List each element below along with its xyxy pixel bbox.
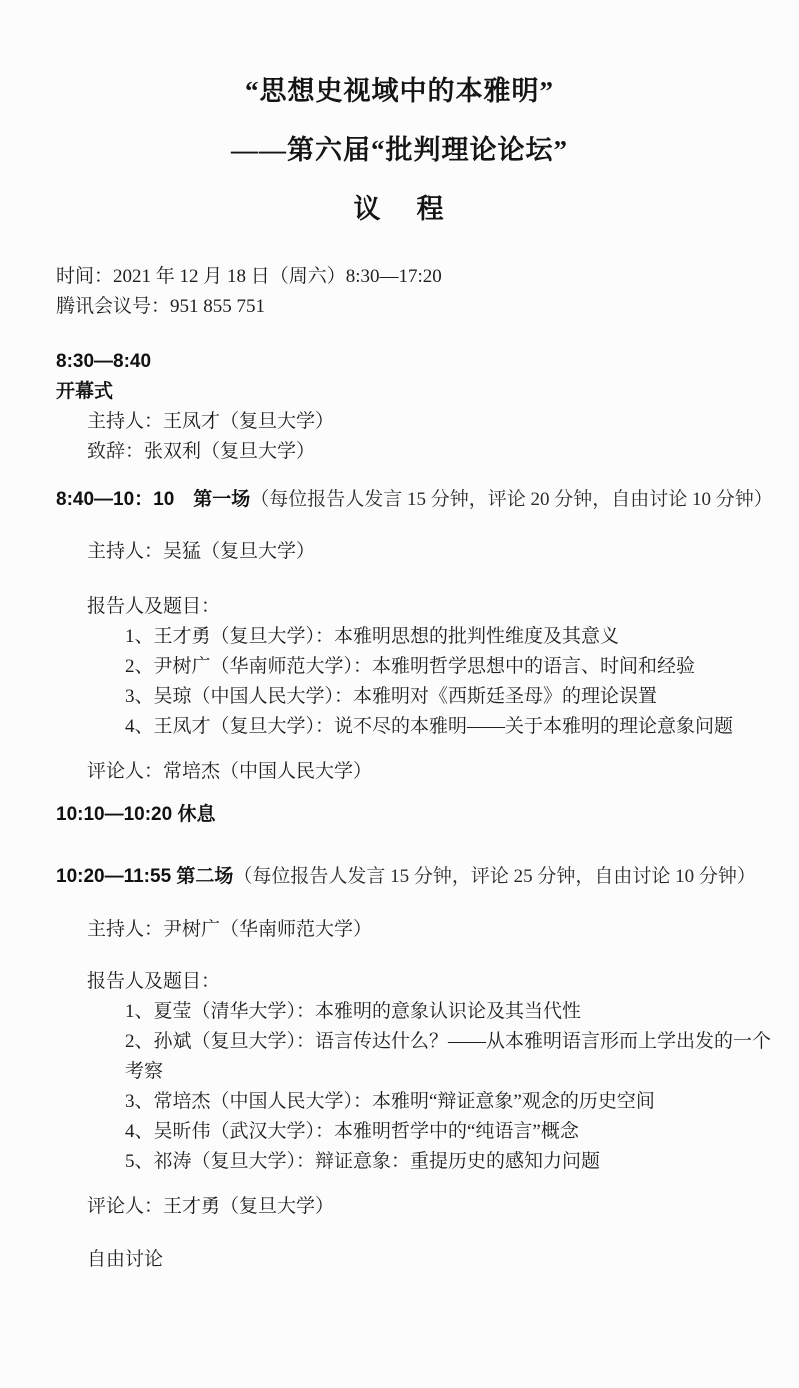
session2-heading: 10:20—11:55 第二场（每位报告人发言 15 分钟，评论 25 分钟，自… — [56, 862, 783, 892]
session1-item-1: 1、王才勇（复旦大学）：本雅明思想的批判性维度及其意义 — [125, 622, 783, 652]
break-heading: 10:10—10:20 休息 — [56, 800, 783, 830]
agenda-char-1: 议 — [354, 194, 383, 224]
opening-speech: 致辞：张双利（复旦大学） — [87, 437, 783, 467]
document-title-line1: “思想史视域中的本雅明” — [56, 75, 743, 108]
tencent-meeting-id: 腾讯会议号：951 855 751 — [56, 292, 783, 322]
session1-heading: 8:40—10：10 第一场（每位报告人发言 15 分钟，评论 20 分钟，自由… — [56, 485, 783, 515]
opening-time: 8:30—8:40 — [56, 347, 783, 377]
session2-item-4: 4、吴昕伟（武汉大学）：本雅明哲学中的“纯语言”概念 — [125, 1117, 783, 1147]
session2-item-3: 3、常培杰（中国人民大学）：本雅明“辩证意象”观念的历史空间 — [125, 1087, 783, 1117]
session2-heading-time: 10:20—11:55 第二场 — [56, 866, 233, 887]
session1-host: 主持人：吴猛（复旦大学） — [87, 537, 783, 567]
opening-name: 开幕式 — [56, 377, 783, 407]
opening-host: 主持人：王凤才（复旦大学） — [87, 407, 783, 437]
session1-item-3: 3、吴琼（中国人民大学）：本雅明对《西斯廷圣母》的理论误置 — [125, 682, 783, 712]
title-block: “思想史视域中的本雅明” ——第六届“批判理论论坛” 议程 — [56, 75, 743, 226]
session2-heading-note: （每位报告人发言 15 分钟，评论 25 分钟，自由讨论 10 分钟） — [233, 866, 756, 887]
agenda-document: “思想史视域中的本雅明” ——第六届“批判理论论坛” 议程 时间：2021 年 … — [0, 0, 799, 1388]
session2-host: 主持人：尹树广（华南师范大学） — [87, 915, 783, 945]
session1-heading-time: 8:40—10：10 第一场 — [56, 489, 250, 510]
session2-item-2: 2、孙斌（复旦大学）：语言传达什么？——从本雅明语言形而上学出发的一个考察 — [125, 1027, 783, 1087]
session1-section: 8:40—10：10 第一场（每位报告人发言 15 分钟，评论 20 分钟，自由… — [56, 485, 783, 787]
opening-section: 8:30—8:40 开幕式 主持人：王凤才（复旦大学） 致辞：张双利（复旦大学） — [56, 347, 783, 467]
agenda-char-2: 程 — [417, 194, 446, 224]
document-title-agenda: 议程 — [56, 193, 743, 226]
document-title-line2: ——第六届“批判理论论坛” — [56, 134, 743, 167]
session1-item-2: 2、尹树广（华南师范大学）：本雅明哲学思想中的语言、时间和经验 — [125, 652, 783, 682]
session2-item-5: 5、祁涛（复旦大学）：辩证意象：重提历史的感知力问题 — [125, 1147, 783, 1177]
session1-item-4: 4、王凤才（复旦大学）：说不尽的本雅明——关于本雅明的理论意象问题 — [125, 712, 783, 742]
session2-list-title: 报告人及题目： — [87, 967, 783, 997]
session2-section: 10:20—11:55 第二场（每位报告人发言 15 分钟，评论 25 分钟，自… — [56, 862, 783, 1275]
session1-list-title: 报告人及题目： — [87, 592, 783, 622]
session2-item-1: 1、夏莹（清华大学）：本雅明的意象认识论及其当代性 — [125, 997, 783, 1027]
session1-heading-note: （每位报告人发言 15 分钟，评论 20 分钟，自由讨论 10 分钟） — [250, 489, 773, 510]
event-time: 时间：2021 年 12 月 18 日（周六）8:30—17:20 — [56, 262, 783, 292]
meta-info: 时间：2021 年 12 月 18 日（周六）8:30—17:20 腾讯会议号：… — [56, 262, 783, 322]
free-discussion: 自由讨论 — [87, 1245, 783, 1275]
session2-commentator: 评论人：王才勇（复旦大学） — [87, 1192, 783, 1222]
session1-commentator: 评论人：常培杰（中国人民大学） — [87, 757, 783, 787]
